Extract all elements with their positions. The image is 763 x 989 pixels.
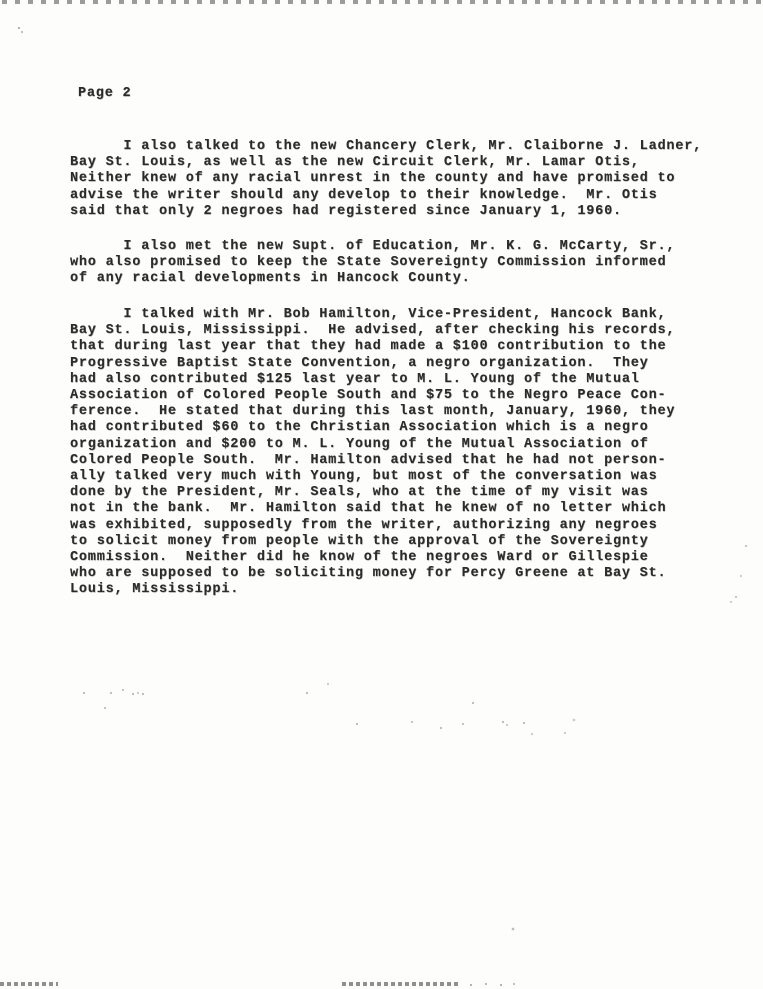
paragraph-superintendent: I also met the new Supt. of Education, M… — [70, 239, 675, 288]
page-number-label: Page 2 — [78, 86, 131, 102]
document-page: Page 2 I also talked to the new Chancery… — [0, 0, 763, 989]
scan-noise-specks — [0, 0, 2, 2]
bottom-scan-artifact-right — [342, 982, 458, 986]
bottom-scan-artifact-left — [0, 982, 58, 986]
paragraph-hancock-bank: I talked with Mr. Bob Hamilton, Vice-Pre… — [70, 307, 675, 599]
paragraph-clerks: I also talked to the new Chancery Clerk,… — [70, 139, 702, 220]
page-top-edge-dotted-line — [2, 0, 763, 4]
